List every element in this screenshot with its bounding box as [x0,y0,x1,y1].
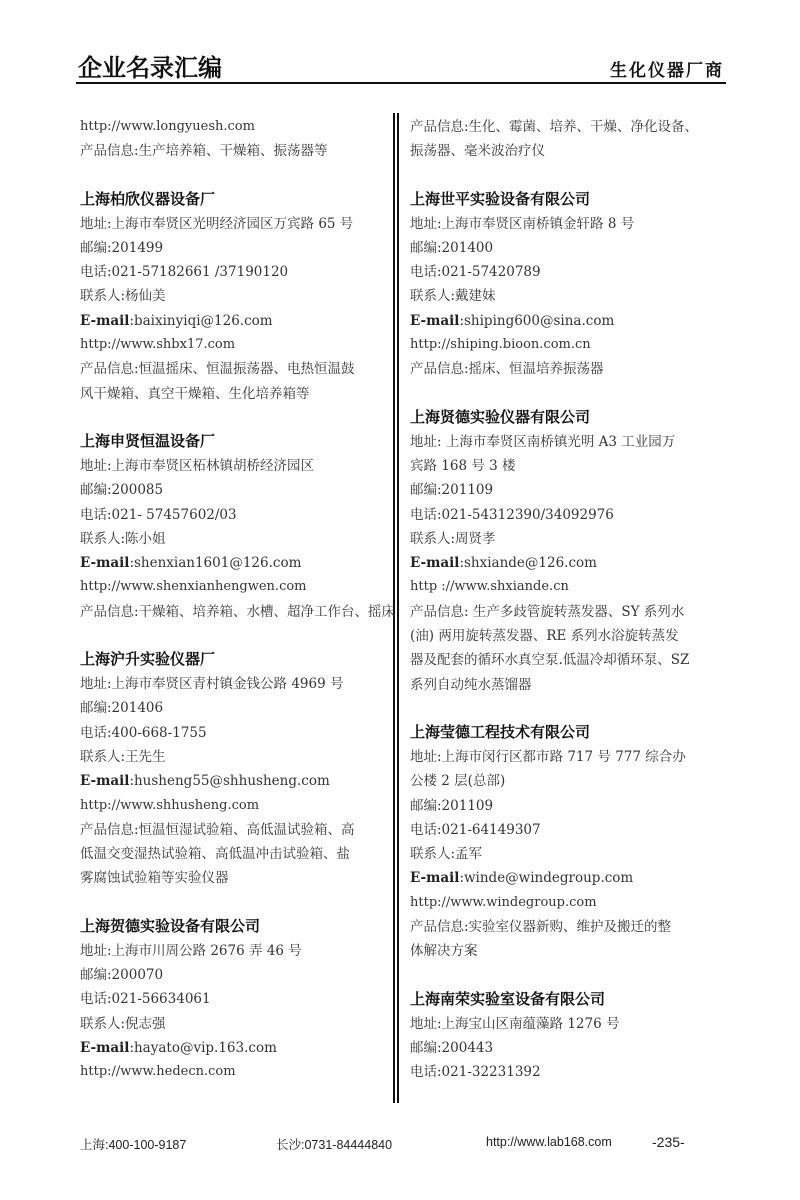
company-url[interactable]: http://www.windegroup.com [410,891,735,915]
company-address-cont: 公楼 2 层(总部) [410,769,735,793]
company-contact: 联系人:周贤孝 [410,527,735,551]
company-products: 产品信息:实验室仪器新购、维护及搬迁的整 [410,915,735,939]
email-label: E-mail [80,555,129,571]
email-label: E-mail [410,870,459,886]
company-contact: 联系人:陈小姐 [80,527,385,551]
company-products-cont: 风干燥箱、真空干燥箱、生化培养箱等 [80,382,385,406]
company-contact: 联系人:王先生 [80,745,385,769]
company-email[interactable]: E-mail:husheng55@shhusheng.com [80,769,385,793]
company-name: 上海南荣实验室设备有限公司 [410,986,735,1012]
company-email[interactable]: E-mail:baixinyiqi@126.com [80,309,385,333]
company-entry: 上海沪升实验仪器厂 地址:上海市奉贤区青村镇金钱公路 4969 号 邮编:201… [80,646,385,891]
company-products: 产品信息:恒温摇床、恒温振荡器、电热恒温鼓 [80,357,385,381]
company-url[interactable]: http://shiping.bioon.com.cn [410,333,735,357]
email-label: E-mail [410,555,459,571]
company-url[interactable]: http://www.shbx17.com [80,333,385,357]
email-value[interactable]: :husheng55@shhusheng.com [129,773,329,789]
company-url[interactable]: http://www.longyuesh.com [80,115,385,139]
email-value[interactable]: :winde@windegroup.com [459,870,633,886]
company-address: 地址:上海市奉贤区青村镇金钱公路 4969 号 [80,672,385,696]
footer-website[interactable]: http://www.lab168.com [486,1135,612,1149]
footer-shanghai-phone: 上海:400-100-9187 [80,1135,186,1153]
company-name: 上海沪升实验仪器厂 [80,646,385,672]
company-address: 地址:上海市奉贤区柘林镇胡桥经济园区 [80,454,385,478]
company-phone: 电话:021-32231392 [410,1060,735,1084]
email-value[interactable]: :hayato@vip.163.com [129,1040,276,1056]
company-products-cont: 体解决方案 [410,939,735,963]
email-label: E-mail [80,1040,129,1056]
company-name: 上海申贤恒温设备厂 [80,428,385,454]
email-value[interactable]: :shxiande@126.com [459,555,597,571]
company-products: 产品信息:干燥箱、培养箱、水槽、超净工作台、摇床 [80,600,385,624]
continuation-entry: http://www.longyuesh.com 产品信息:生产培养箱、干燥箱、… [80,115,385,164]
company-products-cont: 系列自动纯水蒸馏器 [410,673,735,697]
company-address: 地址:上海市川周公路 2676 弄 46 号 [80,939,385,963]
company-contact: 联系人:戴建妹 [410,284,735,308]
footer-changsha-phone: 长沙:0731-84444840 [276,1135,392,1153]
header-title: 企业名录汇编 [78,48,222,83]
company-entry: 上海申贤恒温设备厂 地址:上海市奉贤区柘林镇胡桥经济园区 邮编:200085 电… [80,428,385,624]
company-name: 上海莹德工程技术有限公司 [410,719,735,745]
company-url[interactable]: http://www.hedecn.com [80,1060,385,1084]
company-postcode: 邮编:201406 [80,696,385,720]
right-column: 产品信息:生化、霉菌、培养、干燥、净化设备、 振荡器、毫米波治疗仪 上海世平实验… [410,115,735,1085]
company-email[interactable]: E-mail:shiping600@sina.com [410,309,735,333]
email-label: E-mail [80,313,129,329]
company-products: 产品信息:生化、霉菌、培养、干燥、净化设备、 [410,115,735,139]
header-category: 生化仪器厂商 [610,56,724,81]
company-url[interactable]: http://www.shenxianhengwen.com [80,575,385,599]
company-entry: 上海南荣实验室设备有限公司 地址:上海宝山区南蕴藻路 1276 号 邮编:200… [410,986,735,1085]
company-products-cont: 低温交变湿热试验箱、高低温冲击试验箱、盐 [80,842,385,866]
continuation-entry: 产品信息:生化、霉菌、培养、干燥、净化设备、 振荡器、毫米波治疗仪 [410,115,735,164]
company-address: 地址:上海市奉贤区光明经济园区万宾路 65 号 [80,212,385,236]
company-entry: 上海莹德工程技术有限公司 地址:上海市闵行区都市路 717 号 777 综合办 … [410,719,735,964]
company-products-cont: 振荡器、毫米波治疗仪 [410,139,735,163]
company-postcode: 邮编:200443 [410,1036,735,1060]
company-contact: 联系人:倪志强 [80,1012,385,1036]
company-entry: 上海世平实验设备有限公司 地址:上海市奉贤区南桥镇金轩路 8 号 邮编:2014… [410,186,735,382]
company-url[interactable]: http://www.shhusheng.com [80,794,385,818]
company-address: 地址: 上海市奉贤区南桥镇光明 A3 工业园万 [410,430,735,454]
company-address: 地址:上海市闵行区都市路 717 号 777 综合办 [410,745,735,769]
company-phone: 电话:021-57182661 /37190120 [80,260,385,284]
email-value[interactable]: :shenxian1601@126.com [129,555,301,571]
company-products-cont: 雾腐蚀试验箱等实验仪器 [80,866,385,890]
company-address: 地址:上海宝山区南蕴藻路 1276 号 [410,1012,735,1036]
company-products: 产品信息:摇床、恒温培养振荡器 [410,357,735,381]
company-products: 产品信息:生产培养箱、干燥箱、振荡器等 [80,139,385,163]
company-phone: 电话:400-668-1755 [80,721,385,745]
company-products: 产品信息:恒温恒湿试验箱、高低温试验箱、高 [80,818,385,842]
company-email[interactable]: E-mail:shenxian1601@126.com [80,551,385,575]
company-contact: 联系人:杨仙美 [80,284,385,308]
company-phone: 电话:021-64149307 [410,818,735,842]
email-value[interactable]: :shiping600@sina.com [459,313,614,329]
email-label: E-mail [80,773,129,789]
company-address: 地址:上海市奉贤区南桥镇金轩路 8 号 [410,212,735,236]
header-rule [76,82,726,84]
company-name: 上海贺德实验设备有限公司 [80,913,385,939]
company-name: 上海贤德实验仪器有限公司 [410,404,735,430]
company-contact: 联系人:孟军 [410,842,735,866]
page-number: -235- [652,1134,685,1150]
email-value[interactable]: :baixinyiqi@126.com [129,313,272,329]
left-column: http://www.longyuesh.com 产品信息:生产培养箱、干燥箱、… [80,115,385,1085]
company-email[interactable]: E-mail:shxiande@126.com [410,551,735,575]
company-address-cont: 宾路 168 号 3 楼 [410,454,735,478]
company-postcode: 邮编:201499 [80,236,385,260]
email-label: E-mail [410,313,459,329]
company-phone: 电话:021-57420789 [410,260,735,284]
company-phone: 电话:021-54312390/34092976 [410,503,735,527]
company-phone: 电话:021- 57457602/03 [80,503,385,527]
company-url[interactable]: http ://www.shxiande.cn [410,575,735,599]
company-postcode: 邮编:200070 [80,963,385,987]
company-email[interactable]: E-mail:winde@windegroup.com [410,866,735,890]
company-products-cont: 器及配套的循环水真空泵.低温冷却循环泵、SZ [410,648,735,672]
company-name: 上海世平实验设备有限公司 [410,186,735,212]
company-postcode: 邮编:201109 [410,794,735,818]
company-entry: 上海贤德实验仪器有限公司 地址: 上海市奉贤区南桥镇光明 A3 工业园万 宾路 … [410,404,735,697]
company-email[interactable]: E-mail:hayato@vip.163.com [80,1036,385,1060]
company-entry: 上海柏欣仪器设备厂 地址:上海市奉贤区光明经济园区万宾路 65 号 邮编:201… [80,186,385,406]
company-products: 产品信息: 生产多歧管旋转蒸发器、SY 系列水 [410,600,735,624]
company-postcode: 邮编:201109 [410,478,735,502]
company-phone: 电话:021-56634061 [80,987,385,1011]
company-name: 上海柏欣仪器设备厂 [80,186,385,212]
company-products-cont: (油) 两用旋转蒸发器、RE 系列水浴旋转蒸发 [410,624,735,648]
company-postcode: 邮编:200085 [80,478,385,502]
company-postcode: 邮编:201400 [410,236,735,260]
company-entry: 上海贺德实验设备有限公司 地址:上海市川周公路 2676 弄 46 号 邮编:2… [80,913,385,1085]
